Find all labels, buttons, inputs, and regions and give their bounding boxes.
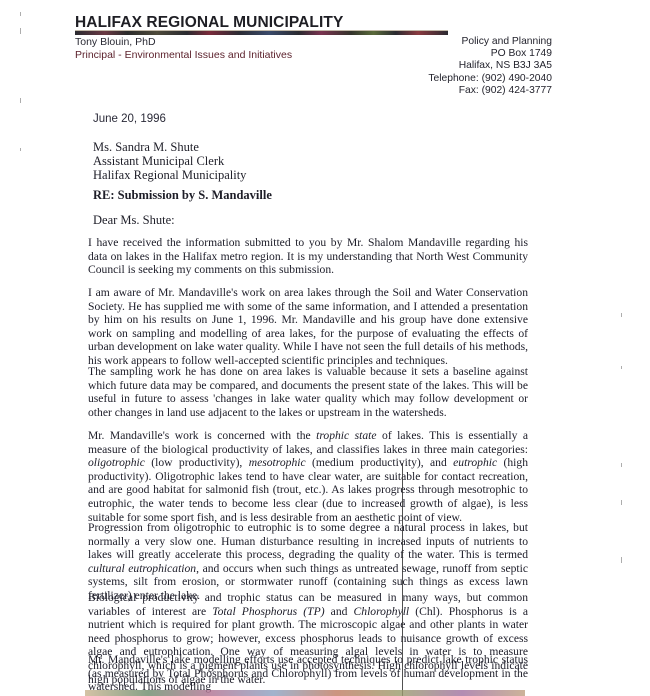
subject-line: RE: Submission by S. Mandaville xyxy=(93,188,272,203)
recipient-title: Assistant Municipal Clerk xyxy=(93,154,246,168)
sender-name: Tony Blouin, PhD xyxy=(75,36,156,48)
paragraph: I am aware of Mr. Mandaville's work on a… xyxy=(88,286,528,368)
emphasis: Chlorophyll xyxy=(354,605,410,618)
text-run: (low productivity), xyxy=(145,456,249,469)
fax: Fax: (902) 424-3777 xyxy=(428,85,552,97)
scan-artifact-band xyxy=(85,690,525,696)
emphasis: oligotrophic xyxy=(88,456,145,469)
paragraph: Mr. Mandaville's lake modelling efforts … xyxy=(88,653,528,694)
scan-speck xyxy=(20,148,21,151)
department: Policy and Planning xyxy=(428,36,552,48)
scan-speck xyxy=(20,98,21,103)
letterhead-rule xyxy=(75,31,448,35)
emphasis: mesotrophic xyxy=(249,456,306,469)
city-postal: Halifax, NS B3J 3A5 xyxy=(428,60,552,72)
emphasis: cultural eutrophication xyxy=(88,562,196,575)
telephone: Telephone: (902) 490-2040 xyxy=(428,73,552,85)
text-run: Mr. Mandaville's work is concerned with … xyxy=(88,429,316,442)
emphasis: Total Phosphorus (TP) xyxy=(212,605,324,618)
emphasis: eutrophic xyxy=(453,456,497,469)
contact-block: Policy and Planning PO Box 1749 Halifax,… xyxy=(428,36,552,97)
salutation: Dear Ms. Shute: xyxy=(93,213,175,228)
recipient-organization: Halifax Regional Municipality xyxy=(93,168,246,182)
recipient-name: Ms. Sandra M. Shute xyxy=(93,140,246,154)
po-box: PO Box 1749 xyxy=(428,48,552,60)
emphasis: trophic state xyxy=(316,429,376,442)
scan-speck xyxy=(621,463,622,467)
recipient-address: Ms. Sandra M. Shute Assistant Municipal … xyxy=(93,140,246,182)
sender-title: Principal - Environmental Issues and Ini… xyxy=(75,49,292,61)
paragraph-trophic-state: Mr. Mandaville's work is concerned with … xyxy=(88,429,528,524)
scan-speck xyxy=(621,557,622,563)
scan-speck xyxy=(20,28,21,34)
text-run: Progression from oligotrophic to eutroph… xyxy=(88,521,528,561)
paragraph: The sampling work he has done on area la… xyxy=(88,365,528,419)
scan-speck xyxy=(621,366,622,369)
text-run: (medium productivity), and xyxy=(306,456,454,469)
text-run: and xyxy=(325,605,354,618)
scan-speck xyxy=(621,500,622,505)
scan-speck xyxy=(621,313,622,317)
scan-speck xyxy=(20,12,21,16)
letter-date: June 20, 1996 xyxy=(93,113,166,125)
letter-page: HALIFAX REGIONAL MUNICIPALITY Tony Bloui… xyxy=(0,0,650,696)
scan-artifact-line xyxy=(402,463,403,696)
paragraph: I have received the information submitte… xyxy=(88,236,528,277)
